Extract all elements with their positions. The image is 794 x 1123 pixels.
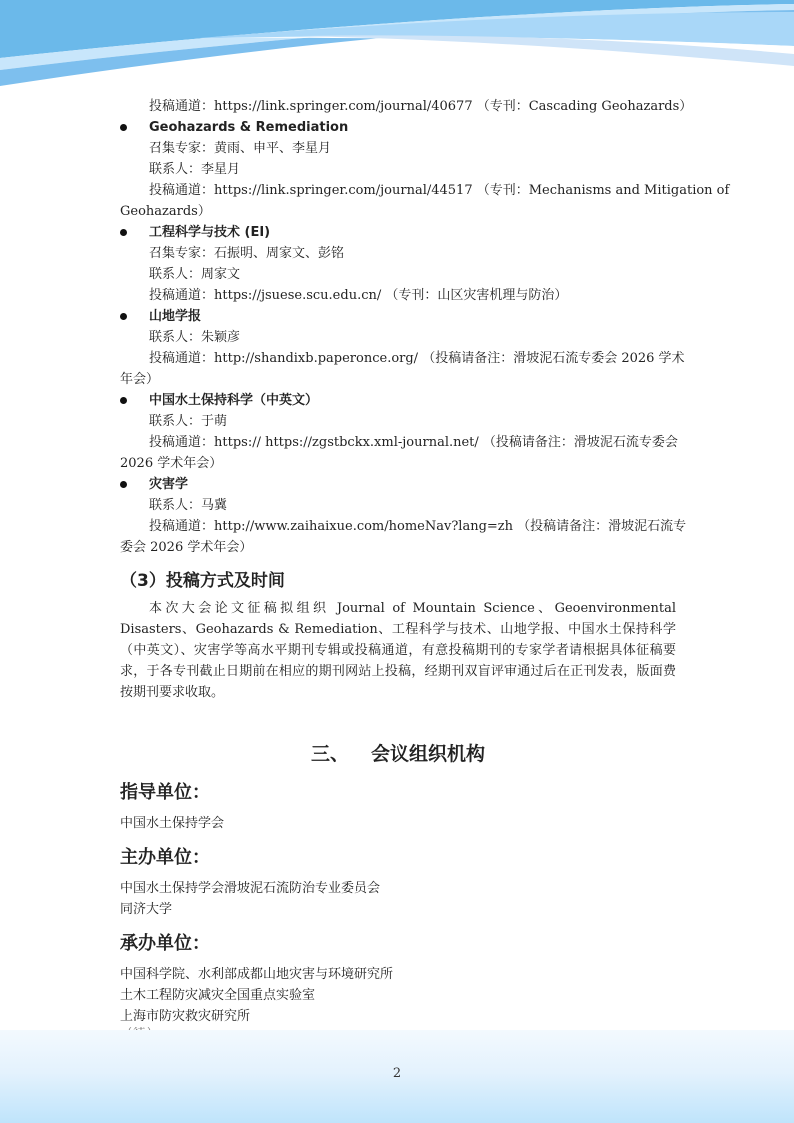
org-item: 土木工程防灾减灾全国重点实验室	[120, 985, 676, 1006]
bullet-icon	[120, 313, 127, 320]
bullet-icon	[120, 481, 127, 488]
journal-submission: 投稿通道：http://shandixb.paperonce.org/ （投稿请…	[120, 348, 676, 369]
page-content: 投稿通道：https://link.springer.com/journal/4…	[120, 96, 676, 1035]
journal-submission-cont: Geohazards）	[120, 201, 676, 222]
journal-title: Geohazards & Remediation	[120, 117, 676, 138]
journal-submission-cont: 年会）	[120, 369, 676, 390]
org-item: 同济大学	[120, 899, 676, 920]
org-item: 上海市防灾救灾研究所	[120, 1006, 676, 1027]
journal-experts: 召集专家：黄雨、申平、李星月	[120, 138, 676, 159]
submission-method-paragraph: 本次大会论文征稿拟组织 Journal of Mountain Science、…	[120, 598, 676, 703]
journal-contact: 联系人：于萌	[120, 411, 676, 432]
journal-submission: 投稿通道：https://link.springer.com/journal/4…	[120, 180, 676, 201]
journal-title: 山地学报	[120, 306, 676, 327]
journal-submission: 投稿通道：https://jsuese.scu.edu.cn/ （专刊：山区灾害…	[120, 285, 676, 306]
journal-entry-1: Geohazards & Remediation 召集专家：黄雨、申平、李星月 …	[120, 117, 676, 222]
journal-title: 灾害学	[120, 474, 676, 495]
page-number: 2	[0, 1066, 794, 1081]
journal-submission: 投稿通道：https:// https://zgstbckx.xml-journ…	[120, 432, 676, 453]
journal-title: 工程科学与技术 (EI)	[120, 222, 676, 243]
org-item: 中国水土保持学会	[120, 813, 676, 834]
journal-submission-cont: 委会 2026 学术年会）	[120, 537, 676, 558]
bullet-icon	[120, 397, 127, 404]
journal-contact: 联系人：马冀	[120, 495, 676, 516]
journal-contact: 联系人：周家文	[120, 264, 676, 285]
journal-entry-5: 灾害学 联系人：马冀 投稿通道：http://www.zaihaixue.com…	[120, 474, 676, 558]
journal-experts: 召集专家：石振明、周家文、彭铭	[120, 243, 676, 264]
journal-contact: 联系人：李星月	[120, 159, 676, 180]
journal-submission-cont: 2026 学术年会）	[120, 453, 676, 474]
bullet-icon	[120, 229, 127, 236]
section-number: 三、	[311, 743, 349, 765]
header-wave-decoration	[0, 0, 794, 95]
submission-method-heading: （3）投稿方式及时间	[120, 568, 676, 594]
org-heading-host: 主办单位：	[120, 844, 676, 872]
journal-entry-4: 中国水土保持科学（中英文） 联系人：于萌 投稿通道：https:// https…	[120, 390, 676, 474]
section-title-text: 会议组织机构	[371, 743, 485, 765]
org-item: 中国科学院、水利部成都山地灾害与环境研究所	[120, 964, 676, 985]
section-title: 三、会议组织机构	[120, 739, 676, 769]
prev-journal-submission: 投稿通道：https://link.springer.com/journal/4…	[120, 96, 676, 117]
bullet-icon	[120, 124, 127, 131]
org-heading-guiding: 指导单位：	[120, 779, 676, 807]
org-heading-organizer: 承办单位：	[120, 930, 676, 958]
journal-title: 中国水土保持科学（中英文）	[120, 390, 676, 411]
org-item: 中国水土保持学会滑坡泥石流防治专业委员会	[120, 878, 676, 899]
journal-contact: 联系人：朱颖彦	[120, 327, 676, 348]
journal-entry-2: 工程科学与技术 (EI) 召集专家：石振明、周家文、彭铭 联系人：周家文 投稿通…	[120, 222, 676, 306]
journal-submission: 投稿通道：http://www.zaihaixue.com/homeNav?la…	[120, 516, 676, 537]
journal-entry-3: 山地学报 联系人：朱颖彦 投稿通道：http://shandixb.papero…	[120, 306, 676, 390]
